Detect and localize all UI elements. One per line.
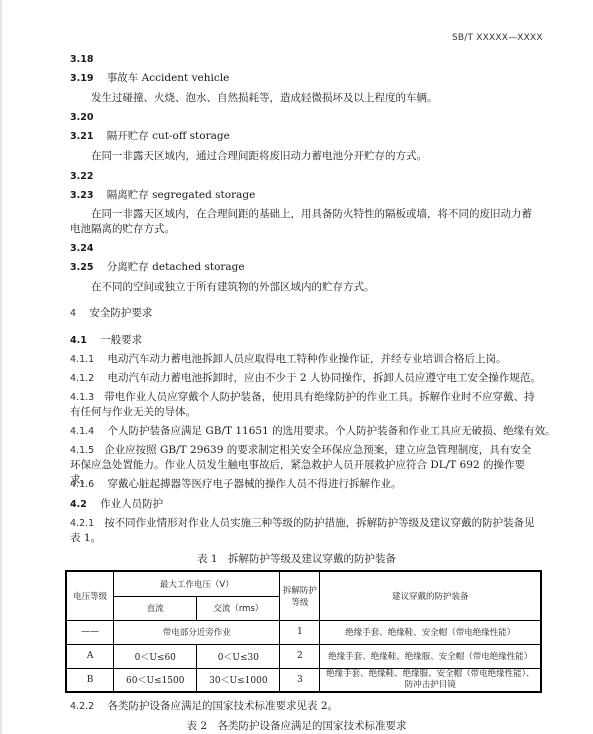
header-dc: 直流 <box>114 596 197 620</box>
section-heading-4-2: 4.2 作业人员防护 <box>70 497 163 512</box>
header-protect-level: 拆解防护等级 <box>280 571 320 620</box>
section-heading-4: 4 安全防护要求 <box>70 306 152 321</box>
term-english: segregated storage <box>152 189 255 201</box>
header-max-voltage: 最大工作电压（V） <box>114 571 280 596</box>
clause-4-1-6: 4.1.6 穿戴心脏起搏器等医疗电子器械的操作人员不得进行拆解作业。 <box>70 477 402 492</box>
header-equipment: 建议穿戴的防护装备 <box>320 571 541 620</box>
table-row: B 60＜U≤1500 30＜U≤1000 3 绝缘手套、绝缘鞋、绝缘服、安全帽… <box>66 668 541 692</box>
term-number: 3.25 <box>70 262 93 273</box>
term-title: 事故车 <box>107 72 139 84</box>
table-header-row: 电压等级 最大工作电压（V） 拆解防护等级 建议穿戴的防护装备 <box>66 571 541 596</box>
term-number: 3.20 <box>70 112 93 123</box>
term-3-18: 3.18 <box>70 52 93 67</box>
term-3-25: 3.25 分离贮存 detached storage <box>70 260 245 275</box>
section-heading-4-1: 4.1 一般要求 <box>70 333 142 348</box>
term-number: 3.21 <box>70 131 93 142</box>
term-english: Accident vehicle <box>142 72 230 84</box>
header-voltage-class: 电压等级 <box>66 571 114 620</box>
term-title: 隔离贮存 <box>107 189 149 201</box>
doc-code-header: SB/T XXXXX—XXXX <box>452 33 543 43</box>
term-3-22: 3.22 <box>70 169 93 184</box>
term-title: 分离贮存 <box>107 261 149 273</box>
clause-4-1-1: 4.1.1 电动汽车动力蓄电池拆卸人员应取得电工特种作业操作证，并经专业培训合格… <box>70 352 507 367</box>
term-3-21: 3.21 隔开贮存 cut-off storage <box>70 129 230 144</box>
clause-4-2-2: 4.2.2 各类防护设备应满足的国家技术标准要求见表 2。 <box>70 699 338 714</box>
table-row: —— 带电部分近旁作业 1 绝缘手套、绝缘鞋、安全帽（带电绝缘性能） <box>66 620 541 644</box>
term-3-19: 3.19 事故车 Accident vehicle <box>70 71 229 86</box>
clause-4-1-3: 4.1.3带电作业人员应穿戴个人防护装备，使用具有绝缘防护的作业工具。拆解作业时… <box>70 390 540 420</box>
term-number: 3.23 <box>70 190 93 201</box>
term-definition: 在同一非露天区域内，通过合理间距将废旧动力蓄电池分开贮存的方式。 <box>91 149 427 163</box>
term-number: 3.24 <box>70 243 93 254</box>
term-title: 隔开贮存 <box>107 130 149 142</box>
term-definition: 在不同的空间或独立于所有建筑物的外部区域内的贮存方式。 <box>91 280 375 294</box>
term-english: cut-off storage <box>152 130 230 142</box>
term-number: 3.22 <box>70 171 93 182</box>
clause-4-1-2: 4.1.2 电动汽车动力蓄电池拆卸时，应由不少于 2 人协同操作，拆卸人员应遵守… <box>70 371 541 386</box>
term-number: 3.18 <box>70 54 93 65</box>
term-definition: 发生过碰撞、火烧、泡水、自然损耗等，造成轻微损坏及以上程度的车辆。 <box>91 91 438 105</box>
document-page: SB/T XXXXX—XXXX 3.18 3.19 事故车 Accident v… <box>0 0 593 734</box>
table2-caption: 表 2 各类防护设备应满足的国家技术标准要求 <box>0 718 593 733</box>
table-row: A 0＜U≤60 0＜U≤30 2 绝缘手套、绝缘鞋、绝缘服、安全帽（带电绝缘性… <box>66 644 541 668</box>
term-3-20: 3.20 <box>70 110 93 125</box>
table1: 电压等级 最大工作电压（V） 拆解防护等级 建议穿戴的防护装备 直流 交流（rm… <box>65 570 542 693</box>
term-3-23: 3.23 隔离贮存 segregated storage <box>70 188 255 203</box>
clause-4-2-1: 4.2.1按不同作业情形对作业人员实施三种等级的防护措施，拆解防护等级及建议穿戴… <box>70 516 540 546</box>
header-ac: 交流（rms） <box>197 596 280 620</box>
term-3-24: 3.24 <box>70 241 93 256</box>
table1-caption: 表 1 拆解防护等级及建议穿戴的防护装备 <box>0 551 593 566</box>
term-definition: 在同一非露天区域内，在合理间距的基础上，用具备防火特性的隔板或墙，将不同的废旧动… <box>70 207 540 237</box>
term-number: 3.19 <box>70 73 93 84</box>
term-english: detached storage <box>152 261 244 273</box>
clause-4-1-4: 4.1.4 个人防护装备应满足 GB/T 11651 的选用要求。个人防护装备和… <box>70 424 556 439</box>
